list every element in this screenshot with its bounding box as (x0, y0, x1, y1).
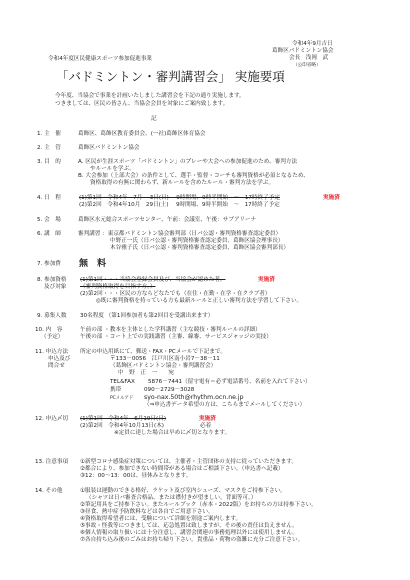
content-afternoon: 午後の部 ・コート上での実践講習（主審、線審、サービスジャッジの実技） (80, 334, 272, 341)
section-9-label: 9. 募集人数 (37, 313, 67, 320)
notice-line-3: ③12：00～13：00は、昼休みとなります。 (80, 473, 191, 480)
other-line-1b: （シャツは日バ審査合格品、または襟付きが望ましい。背面等可。） (86, 495, 257, 502)
other-line-5: ⑤事故・怪我等につきましては、応急処置は致しますが、その後の責任は負えません。 (80, 523, 298, 530)
status-badge-completed: 実施済 (258, 277, 275, 284)
deadline-round-2: (2)第2回 令和4年10月13日(木) (80, 423, 164, 430)
eligibility-round-2-note: ◎既に審判資格を持っている方も最新ルールと正しい審判方法を学習して下さい。 (96, 298, 302, 305)
section-11-label-2: 申込及び (48, 356, 70, 363)
page-title: 「バドミントン・審判講習会」 実施要項 (56, 70, 285, 84)
purpose-a-line-2: やルールを学ぶ。 (90, 166, 135, 173)
section-2-text: 葛飾区バドミントン協会 (78, 145, 139, 152)
intro-line-1: 今年度、当協会で事業を計画いたしました講習会を下記の通り実施します。 (55, 93, 245, 100)
status-badge-completed: 実施済 (323, 195, 340, 202)
other-line-4: ④資格取得希望者には、受験について詳細を別途ご案内します。 (80, 516, 241, 523)
section-10-label-2: （予定） (41, 334, 63, 341)
tel-label: TEL&FAX (110, 379, 135, 386)
other-line-2: ②筆記用具をご持参下さい。またルールブック（赤本・2022版）をお持ちの方は持参… (80, 502, 317, 509)
purpose-b-line-2: 資格取得の有無に関わらず、新ルールを含めたルール・審判方法を学ぶ。 (90, 180, 274, 187)
section-4-label: 4. 日 程 (37, 195, 61, 202)
section-12-label: 12. 申込〆切 (35, 416, 68, 423)
section-11-label-3: 問合せ (48, 363, 65, 370)
status-badge-completed: 実施済 (199, 416, 216, 423)
notice-line-1: ①新型コロナ感染症対策については、主催者・主管団体の支持に従っていただきます。 (80, 459, 297, 466)
email-link[interactable]: syo-nax.50th@rhythm.ocn.ne.jp (144, 394, 244, 401)
mobile-label: 携帯 (110, 387, 121, 394)
contact-address: 〒133－0056 江戸川区南小岩7－38－11 (110, 356, 220, 363)
instructor-line-3: 木谷雅子氏（日バ公認・審判資格審査認定委員、葛飾区協会審判部長） (110, 245, 289, 252)
deadline-note: ※定員に達した場合は早めに〆切となります。 (114, 430, 230, 437)
eligibility-round-1: (1)第1回・・・当協会登録会員及び、当協会が認めた者。 (80, 277, 226, 284)
schedule-round-2: (2)第2回 令和4年10月 29日(土) 9時開場、9時半開始 ～ 17時終了… (79, 202, 280, 209)
other-line-7: ⑦各自持ち込み後のごみはお持ち帰り下さい。貴重品・荷物の盗難に充分ご注意下さい。 (80, 537, 303, 544)
section-14-label: 14. その他 (35, 488, 62, 495)
content-morning: 午前の部 ・教本を主体とした学科講習（主な競技・審判ルールの詳細） (80, 327, 261, 334)
program-name: 令和4年度区民健康スポーツ参加促進事業 (48, 56, 152, 63)
section-1-label: 1. 主 催 (37, 131, 61, 138)
seal-note: （公印省略） (293, 62, 321, 69)
tel-value: 5876－7441（留守電有＝必ず電話番号、名前を入れて下さい） (148, 379, 311, 386)
section-7-label: 7. 参加費 (37, 261, 61, 268)
issuer-org: 葛飾区バドミントン協会 (272, 48, 333, 55)
other-line-1: ①服装は運動のできる格好、ラケット及び室内シューズ、マスクをご持参下さい。 (80, 488, 286, 495)
section-8-label-2: 及び対象 (44, 284, 66, 291)
instructor-line-1: 審判講習 ：東京都バドミントン協会審判部（日バ公認・審判資格審査認定委員） (78, 231, 281, 238)
issue-date: 令和4年9月吉日 (292, 41, 333, 48)
email-note: （⇒申込書データ希望の方は、こちらまでメールしてください） (144, 402, 305, 409)
deadline-round-2-note: 必着 (200, 423, 211, 430)
capacity-text: 30名程度 （第1回参加者も第2回目を受講出来ます） (80, 313, 213, 320)
section-8-label: 8. 参加資格 (37, 277, 67, 284)
intro-line-2: つきましては、区民の皆さん、当協会会員を対象にご案内致します。 (55, 101, 228, 108)
section-6-label: 6. 講 師 (37, 231, 61, 238)
section-11-label: 11. 申込方法 (35, 349, 68, 356)
schedule-round-1: (1)第1回 令和4年 7月 3日(日) 9時開場、9時半開始 ～ 17時終了予… (79, 195, 280, 202)
issuer-president: 会長 浅岡 武 (289, 55, 328, 62)
section-2-label: 2. 主 管 (37, 145, 61, 152)
section-3-label: 3. 目 的 (37, 159, 61, 166)
venue-text: 葛飾区水元総合スポーツセンター、午前：会議室、午後：サブアリーナ (78, 217, 256, 224)
purpose-a-line-1: A. 区民が生涯スポーツ「バドミントン」のプレーや大会への参加促進のため、審判方… (78, 159, 297, 166)
notice-line-2: ②都合により、参加できない時間帯がある場合はご相談下さい。（申込書へ記載） (80, 466, 284, 473)
section-10-label: 10. 内 容 (35, 327, 62, 334)
email-label: PCメルアド (110, 395, 133, 402)
application-method: 所定の申込用紙にて、郵送・FAX・PCメールで下記まで。 (80, 349, 226, 356)
deadline-round-1: (1)第1回 令和4年 6月19日(日) (80, 416, 166, 423)
mobile-value: 090－2729－3028 (144, 387, 194, 394)
section-1-text: 葛飾区、葛飾区教育委員会、(一社)葛飾区体育協会 (78, 131, 205, 138)
eligibility-round-2: (2)第2回・・・区民の方ならどなたでも（在住・在勤・在学・在クラブ者） (80, 291, 270, 298)
eligibility-round-1-note: （審判資格取得を目指す方。） (80, 284, 156, 291)
contact-org: （葛飾区バドミントン協会・審判講習会） (110, 363, 216, 370)
ki-marker: 記 (151, 116, 157, 123)
other-line-3: ③昼食、熱中症予防飲料などは各自でご用意下さい。 (80, 509, 214, 516)
other-line-6: ⑥個人情報の取り扱いには十分注意し、講習会関連の事務処理以外には使用しません。 (80, 530, 298, 537)
instructor-line-2: 中野正一氏（日バ公認・審判資格審査認定委員、葛飾区協会理事長） (110, 238, 283, 245)
section-13-label: 13. 注意事項 (35, 459, 68, 466)
contact-name: 中 野 正 一 宛 (118, 370, 174, 377)
section-5-label: 5. 会 場 (37, 217, 61, 224)
fee-value: 無 料 (79, 259, 106, 269)
purpose-b-line-1: B. 大会参加（上部大会）の条件として、選手・監督・コーチも審判資格が必須となる… (78, 173, 309, 180)
